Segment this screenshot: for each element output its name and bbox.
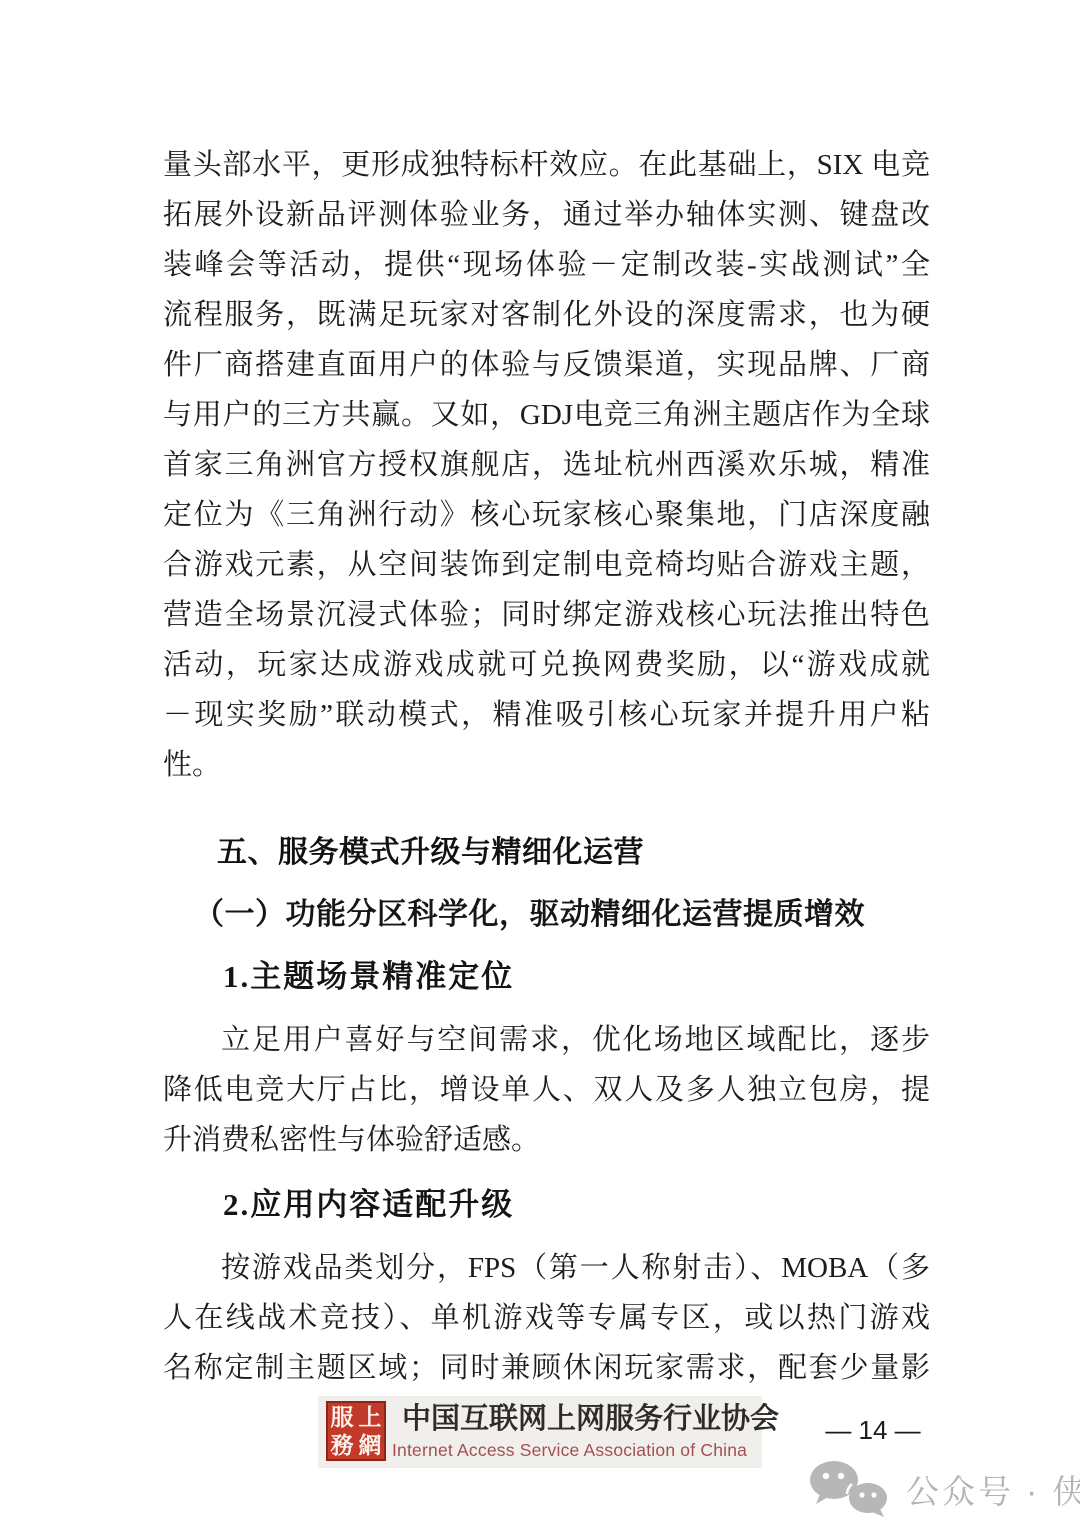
text-line: 活动，玩家达成游戏成就可兑换网费奖励，以“游戏成就: [163, 640, 930, 690]
association-name-cn: 中国互联网上网服务行业协会: [402, 1398, 758, 1438]
paragraph-item1: 立足用户喜好与空间需求，优化场地区域配比，逐步降低电竞大厅占比，增设单人、双人及…: [163, 1015, 930, 1165]
association-seal-icon: 服 上 務 網: [326, 1401, 386, 1461]
watermark-label: 公众号 · 侠说: [906, 1466, 1080, 1513]
text-line: 定位为《三角洲行动》核心玩家核心聚集地，门店深度融: [163, 490, 930, 540]
item1-heading: 1.主题场景精准定位: [223, 952, 514, 1002]
paragraph-item2: 按游戏品类划分，FPS（第一人称射击）、MOBA（多人在线战术竞技）、单机游戏等…: [163, 1243, 930, 1393]
page-number: — 14 —: [818, 1412, 928, 1448]
text-line: 与用户的三方共赢。又如，GDJ电竞三角洲主题店作为全球: [163, 390, 930, 440]
text-line: 降低电竞大厅占比，增设单人、双人及多人独立包房，提: [163, 1065, 930, 1115]
seal-character: 上: [356, 1403, 384, 1431]
text-line: 按游戏品类划分，FPS（第一人称射击）、MOBA（多: [163, 1243, 930, 1293]
seal-character: 務: [328, 1431, 356, 1459]
text-line: 营造全场景沉浸式体验；同时绑定游戏核心玩法推出特色: [163, 590, 930, 640]
text-line: 名称定制主题区域；同时兼顾休闲玩家需求，配套少量影: [163, 1343, 930, 1393]
wechat-icon: [808, 1460, 890, 1518]
text-line: 拓展外设新品评测体验业务，通过举办轴体实测、键盘改: [163, 190, 930, 240]
association-name-en: Internet Access Service Association of C…: [392, 1438, 758, 1462]
watermark: 公众号 · 侠说: [808, 1458, 1080, 1520]
text-line: 合游戏元素，从空间装饰到定制电竞椅均贴合游戏主题，: [163, 540, 930, 590]
seal-character: 網: [356, 1431, 384, 1459]
text-line: 首家三角洲官方授权旗舰店，选址杭州西溪欢乐城，精准: [163, 440, 930, 490]
document-page: 量头部水平，更形成独特标杆效应。在此基础上，SIX 电竞拓展外设新品评测体验业务…: [0, 0, 1080, 1527]
text-line: 升消费私密性与体验舒适感。: [163, 1115, 930, 1165]
text-line: 件厂商搭建直面用户的体验与反馈渠道，实现品牌、厂商: [163, 340, 930, 390]
text-line: 量头部水平，更形成独特标杆效应。在此基础上，SIX 电竞: [163, 140, 930, 190]
seal-character: 服: [328, 1403, 356, 1431]
text-line: 人在线战术竞技）、单机游戏等专属专区，或以热门游戏: [163, 1293, 930, 1343]
section-heading: 五、服务模式升级与精细化运营: [217, 828, 644, 878]
text-line: 性。: [163, 740, 930, 790]
text-line: 立足用户喜好与空间需求，优化场地区域配比，逐步: [163, 1015, 930, 1065]
association-logo: 服 上 務 網 中国互联网上网服务行业协会 Internet Access Se…: [318, 1396, 762, 1468]
item2-heading: 2.应用内容适配升级: [223, 1180, 514, 1230]
text-line: 流程服务，既满足玩家对客制化外设的深度需求，也为硬: [163, 290, 930, 340]
text-line: 装峰会等活动，提供“现场体验－定制改装-实战测试”全: [163, 240, 930, 290]
paragraph-continuation: 量头部水平，更形成独特标杆效应。在此基础上，SIX 电竞拓展外设新品评测体验业务…: [163, 140, 930, 790]
subsection-heading: （一）功能分区科学化，驱动精细化运营提质增效: [194, 890, 865, 940]
text-line: －现实奖励”联动模式，精准吸引核心玩家并提升用户粘: [163, 690, 930, 740]
